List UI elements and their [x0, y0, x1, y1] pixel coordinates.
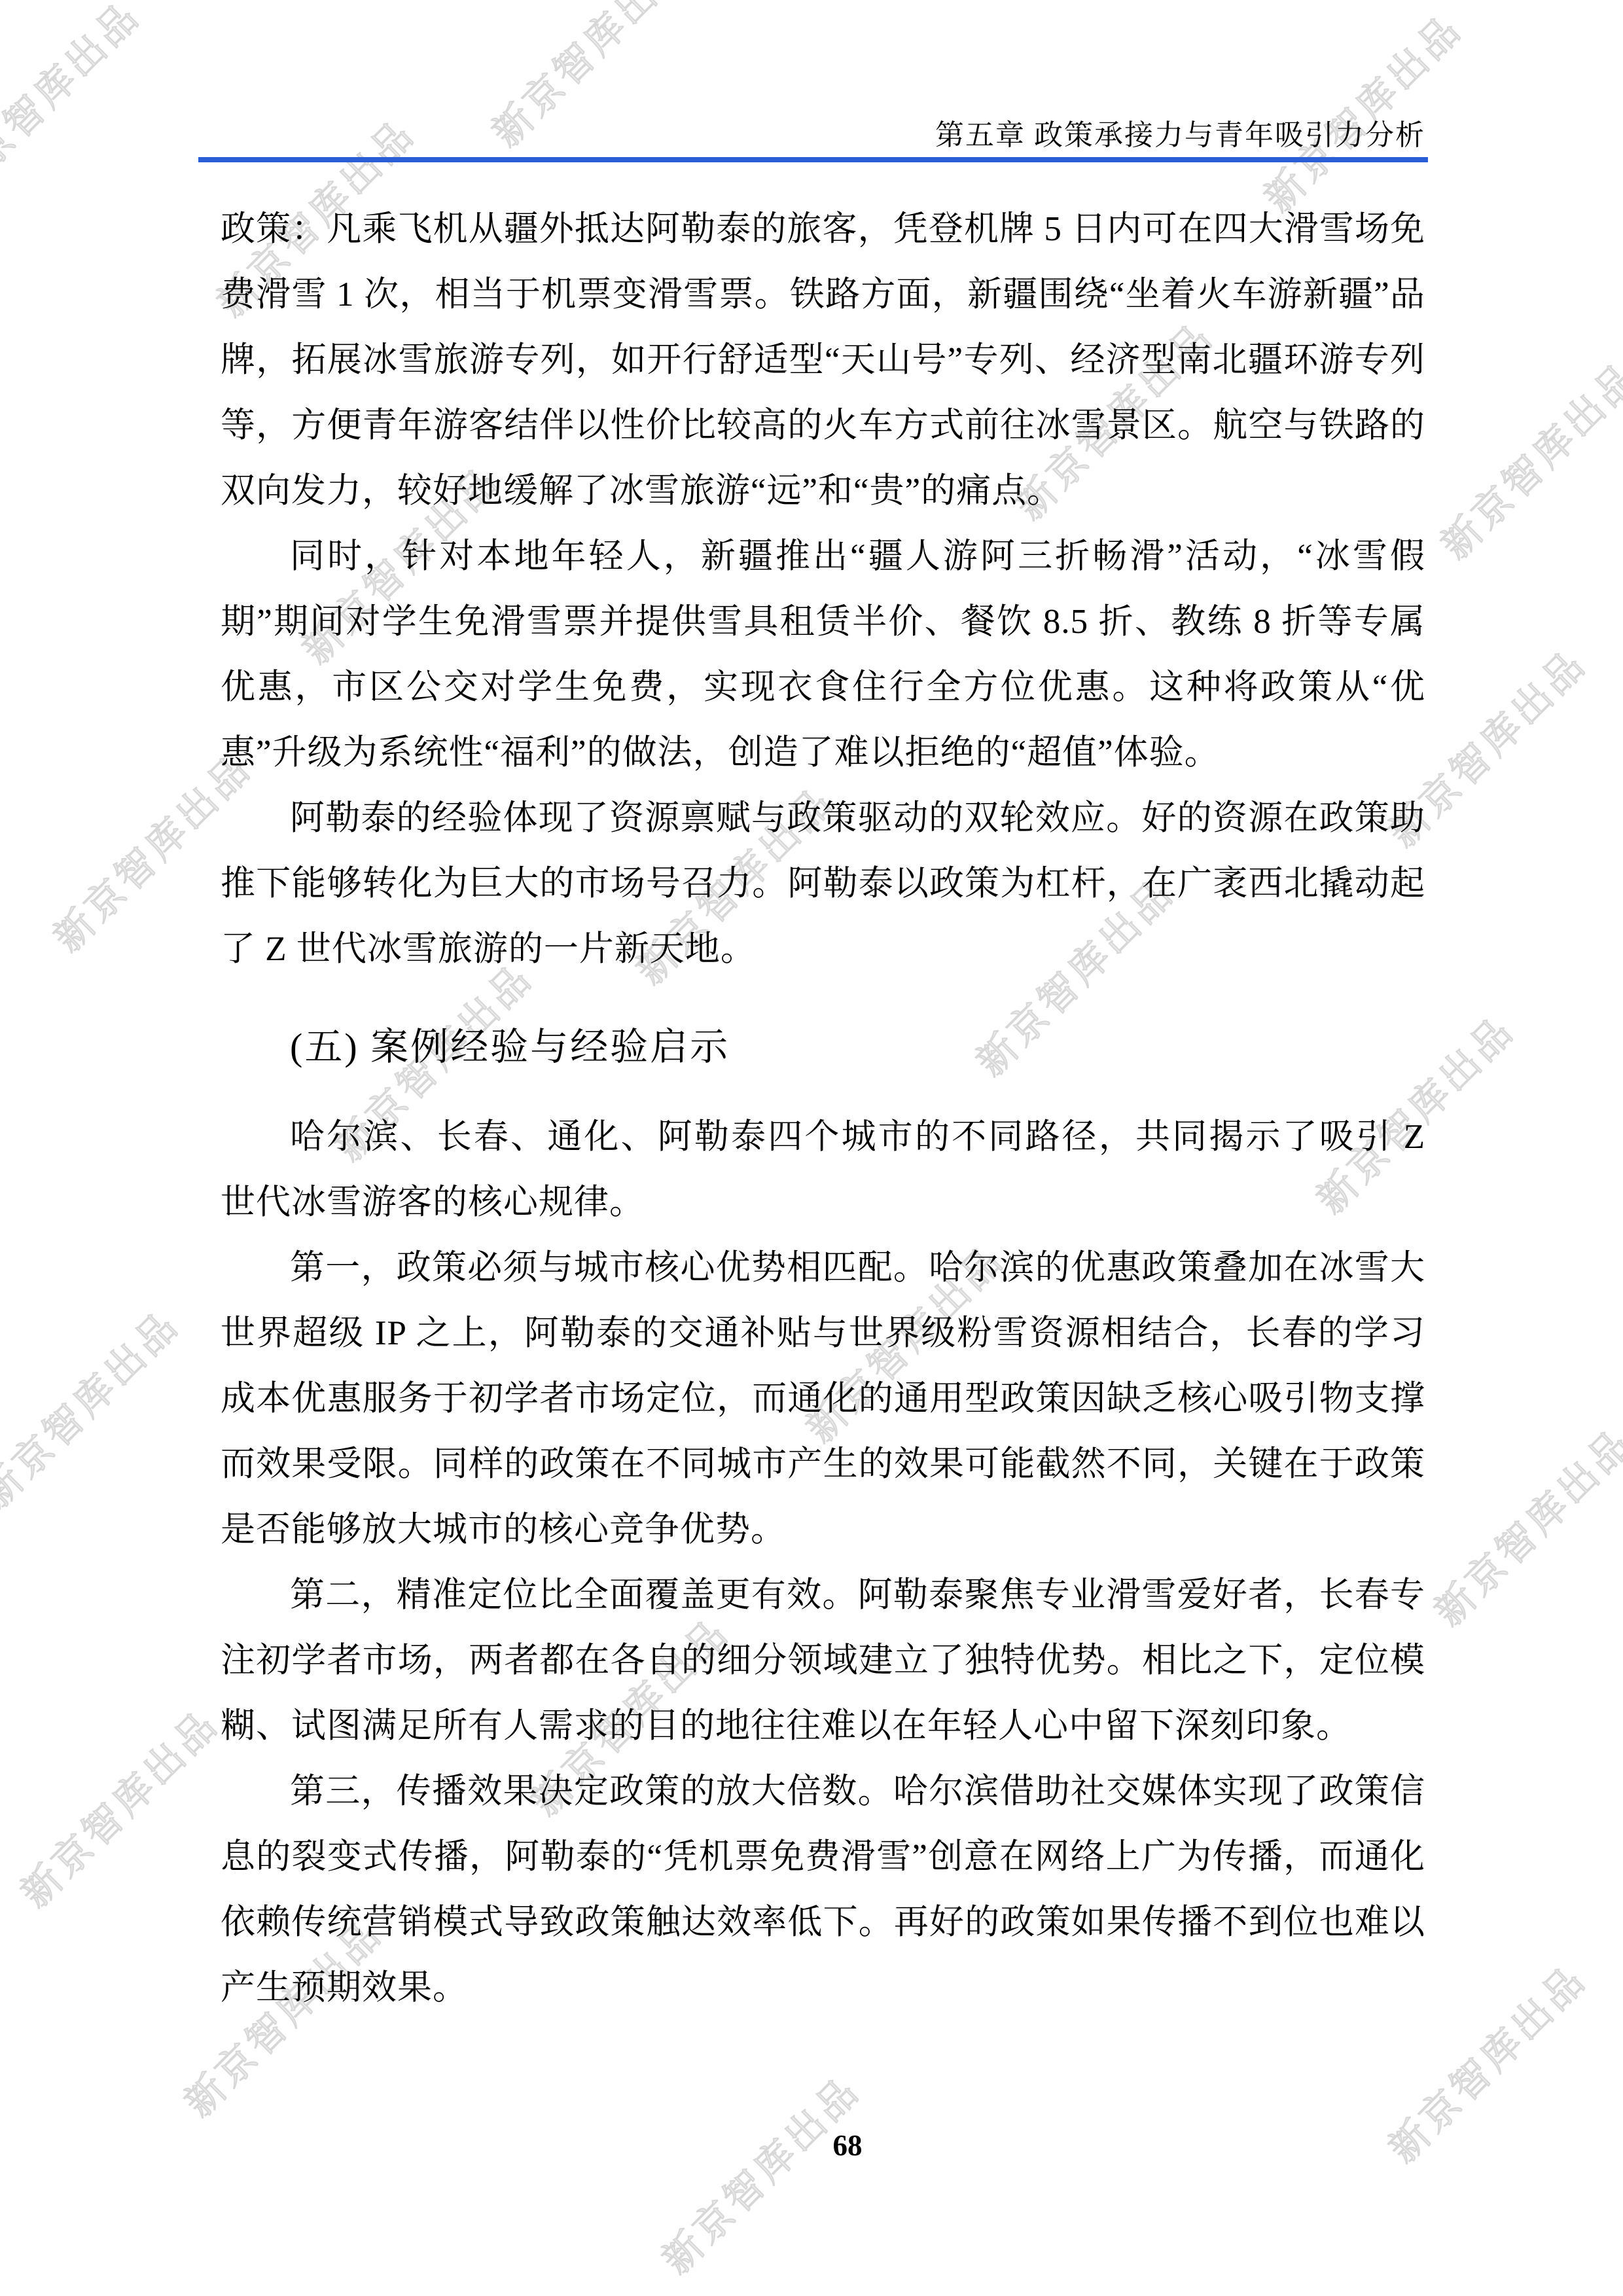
watermark-text: 新京智库出品 [0, 1296, 190, 1519]
document-body: 政策：凡乘飞机从疆外抵达阿勒泰的旅客，凭登机牌 5 日内可在四大滑雪场免费滑雪 … [221, 196, 1425, 2020]
watermark-text: 新京智库出品 [1250, 0, 1473, 223]
paragraph: 第一，政策必须与城市核心优势相匹配。哈尔滨的优惠政策叠加在冰雪大世界超级 IP … [221, 1235, 1425, 1562]
paragraph: 哈尔滨、长春、通化、阿勒泰四个城市的不同路径，共同揭示了吸引 Z 世代冰雪游客的… [221, 1104, 1425, 1235]
watermark-text: 新京智库出品 [1427, 347, 1623, 570]
chapter-header: 第五章 政策承接力与青年吸引力分析 [935, 119, 1425, 152]
watermark-text: 新京智库出品 [1420, 1414, 1623, 1637]
paragraph: 同时，针对本地年轻人，新疆推出“疆人游阿三折畅滑”活动，“冰雪假期”期间对学生免… [221, 524, 1425, 785]
document-page: 新京智库出品新京智库出品新京智库出品新京智库出品新京智库出品新京智库出品新京智库… [0, 0, 1623, 2296]
header-rule [198, 157, 1428, 162]
watermark-text: 新京智库出品 [7, 1695, 230, 1918]
paragraph: 政策：凡乘飞机从疆外抵达阿勒泰的旅客，凭登机牌 5 日内可在四大滑雪场免费滑雪 … [221, 196, 1425, 524]
page-number: 68 [815, 2128, 880, 2162]
paragraph: 阿勒泰的经验体现了资源禀赋与政策驱动的双轮效应。好的资源在政策助推下能够转化为巨… [221, 785, 1425, 982]
watermark-text: 新京智库出品 [0, 0, 151, 209]
section-heading: (五) 案例经验与经验启示 [221, 1014, 1425, 1080]
paragraph: 第三，传播效果决定政策的放大倍数。哈尔滨借助社交媒体实现了政策信息的裂变式传播，… [221, 1759, 1425, 2020]
watermark-text: 新京智库出品 [648, 2062, 871, 2285]
watermark-text: 新京智库出品 [478, 0, 701, 157]
paragraph: 第二，精准定位比全面覆盖更有效。阿勒泰聚焦专业滑雪爱好者，长春专注初学者市场，两… [221, 1562, 1425, 1759]
